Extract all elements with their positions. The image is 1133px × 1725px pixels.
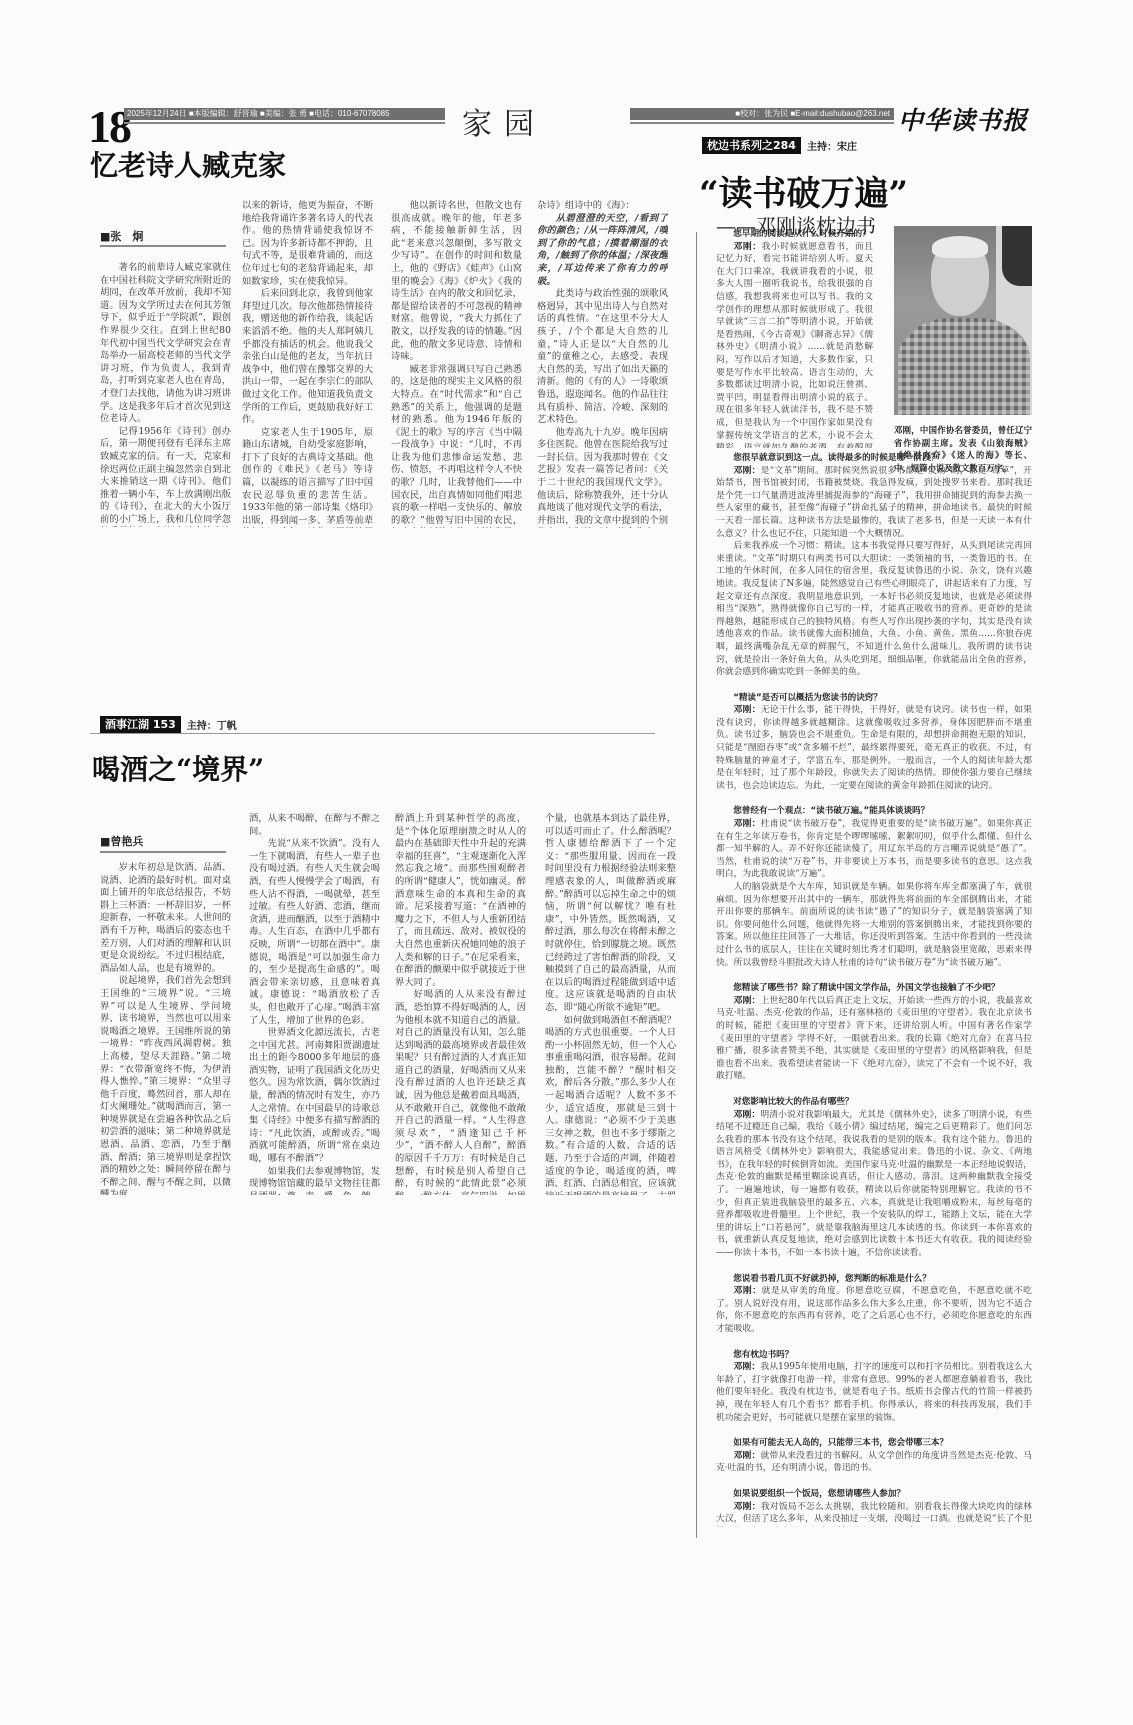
interview-answer: 邓刚：上世纪80年代以后真正走上文坛，开始读一些西方的小说，我最喜欢马克·吐温、… [716, 995, 1032, 1083]
interview-body: 您很早就意识到这一点。读得最多的时候是哪一阶段？ 邓刚：是“文革”期间。那时候突… [716, 452, 1032, 1527]
masthead-info-bar-right: ■校对：张为民 ■E-mail:dushubao@263.net [630, 108, 894, 120]
paragraph: 如何做到喝酒但不醉酒呢？喝酒的方式也很重要。一个人日酌一小杯固然无妨，但一个人心… [545, 1015, 676, 1196]
poet-article-column-4: 杂诗》组诗中的《海》： 从碧澄澄的天空，/看到了你的颜色；/从一阵阵清风，/嗅到… [537, 200, 668, 528]
interview-answer: 邓刚：我对饭局不怎么太挑剔，我比较随和。别看我长得像大块吃肉的绿林大汉，但活了这… [716, 1501, 1032, 1527]
interview-answer: 后来我养成一个习惯：精读。这本书我觉得只要写得好，从头到尾读完再回来重读。“文革… [716, 540, 1032, 679]
paragraph: 著名的前辈诗人臧克家就住在中国社科院文学研究所附近的胡同，在改革开放前，我却不知… [100, 262, 231, 426]
paragraph: 克家老人生于1905年，原籍山东诸城，自幼受家庭影响，打下了良好的古典诗文基础。… [242, 427, 373, 528]
article-title-wine: 喝酒之“境界” [92, 748, 264, 788]
byline-rule [100, 851, 226, 853]
article-byline-wine: ■曾艳兵 [100, 833, 143, 849]
interview-question: 对您影响比较大的作品有哪些？ [716, 1096, 1032, 1109]
poet-article-column-2: 以来的新诗，他更为振奋，不断地给我背诵许多著名诗人的代表作。他的热情背诵使我惊讶… [242, 200, 373, 528]
paragraph: 先说“从来不饮酒”。没有人一生下就喝酒，有些人一辈子也没有喝过酒。有些人天生就会… [249, 838, 380, 1027]
paragraph: 世界酒文化源远流长，古老之中国尤甚。河南舞阳贾湖遗址出土的距今8000多年地层的… [249, 1027, 380, 1166]
paragraph: 醉酒上升到某种哲学的高度，是“个体化原理崩溃之时从人的最内在基础即天性中升起的充… [395, 813, 526, 989]
poem-quote: 从碧澄澄的天空，/看到了你的颜色；/从一阵阵清风，/嗅到了你的气息；/摸着潮湿的… [537, 213, 668, 289]
interview-question: 如果有可能去无人岛的，只能带三本书，您会带哪三本？ [716, 1437, 1032, 1450]
author-photo [894, 226, 1032, 415]
paragraph: 如果我们去参观博物馆，发现博物馆馆藏的最早文物往往都是酒器：尊、壶、爵、角、觥、… [249, 1166, 380, 1195]
paragraph: 说起境界，我们首先会想到王国维的“三境界”说。“三境界”可以是人生境界、学问境界… [100, 975, 231, 1195]
column-divider [696, 232, 697, 1538]
paragraph: 此类诗与政治性强的颂歌风格迥异，其中见出诗人与自然对话的真性情。“在这里不分大人… [537, 288, 668, 427]
interview-question: 您早期的阅读是从什么时候开始的？ [716, 228, 873, 241]
wine-article-column-2: 酒，从来不喝醉，在醉与不醉之间。 先说“从来不饮酒”。没有人一生下就喝酒，有些人… [249, 813, 380, 1195]
interview-question: 您曾经有一个观点：“读书破万遍。”能具体谈谈吗？ [716, 805, 1032, 818]
column-host: 主持：宋庄 [807, 138, 857, 153]
interview-question: 您有枕边书吗？ [716, 1349, 1032, 1362]
paragraph: 杂诗》组诗中的《海》： [537, 200, 668, 213]
section-title: 家园 [462, 99, 546, 143]
interview-question: “精读”是否可以概括为您读书的诀窍？ [716, 692, 1032, 705]
interview-answer: 邓刚：无论干什么事，能干得快，干得好，就是有诀窍。读书也一样，如果没有诀窍，你读… [716, 704, 1032, 792]
interview-intro-column: 您早期的阅读是从什么时候开始的？ 邓刚：我小时候就愿意看书，而且记忆力好，看完书… [716, 228, 873, 448]
wine-article-column-3: 醉酒上升到某种哲学的高度，是“个体化原理崩溃之时从人的最内在基础即天性中升起的充… [395, 813, 526, 1195]
column-tag-label: 酒事江湖 153 [100, 716, 181, 733]
newspaper-page: 18 2025年12月24日 ■本版编辑：舒晋瑜 ■美编：张 勇 ■电话：010… [0, 0, 1133, 1725]
paragraph: 岁末年初总是饮酒、品酒、说酒、论酒的最好时机。面对桌面上铺开的年底总结报告，不妨… [100, 862, 231, 975]
masthead-rule-right [630, 122, 894, 124]
paragraph: 以来的新诗，他更为振奋，不断地给我背诵许多著名诗人的代表作。他的热情背诵使我惊讶… [242, 200, 373, 288]
article-byline-poet: ■张 炯 [100, 228, 143, 244]
interview-answer: 人的脑袋就是个大车库，知识就是车辆。如果你将车库全都塞满了车，就很麻烦。因为你想… [716, 881, 1032, 969]
article-title-interview: “读书破万遍” [699, 166, 908, 215]
section-divider [90, 733, 655, 734]
paragraph: 酒，从来不喝醉，在醉与不醉之间。 [249, 813, 380, 838]
paragraph: 他以新诗名世，但散文也有很高成就。晚年的他，年老多病，不能接触新鲜生活，因此“老… [391, 200, 522, 364]
interview-question: 您精读了哪些书？除了精读中国文学作品，外国文学也接触了不少吧？ [716, 982, 1032, 995]
article-title-poet: 忆老诗人臧克家 [90, 144, 286, 184]
paragraph: 个量，也就基本到达了最佳界，可以适可而止了。什么醉酒呢？哲人康德给醉酒下了一个定… [545, 813, 676, 1015]
interview-answer: 邓刚：杜甫说“读书破万卷”，我觉得更重要的是“读书破万遍”。如果你真正在有生之年… [716, 818, 1032, 881]
column-tag-pillow-books: 枕边书系列之284 主持：宋庄 [702, 137, 857, 154]
interview-answer: 邓刚：是“文革”期间。那时候突然说很多书都是“反动”的，都是“毒草”，开始禁书，… [716, 465, 1032, 541]
interview-question: 您说看书看几页不好就扔掉，您判断的标准是什么？ [716, 1273, 1032, 1286]
newspaper-brand-logo: 中华读书报 [898, 101, 1028, 137]
wine-article-column-4: 个量，也就基本到达了最佳界，可以适可而止了。什么醉酒呢？哲人康德给醉酒下了一个定… [545, 813, 676, 1195]
paragraph: 臧老非常强调只写自己熟悉的，这是他的现实主义风格的很大特点。在“时代需求”和“自… [391, 364, 522, 528]
paragraph: 记得1956年《诗刊》创办后，第一期便刊登有毛泽东主席致臧克家的信。有一天，克家… [100, 426, 231, 527]
poet-article-column-3: 他以新诗名世，但散文也有很高成就。晚年的他，年老多病，不能接触新鲜生活，因此“老… [391, 200, 522, 528]
poet-article-column-1: 著名的前辈诗人臧克家就住在中国社科院文学研究所附近的胡同，在改革开放前，我却不知… [100, 262, 231, 527]
interview-question: 如果说要组织一个饭局，您想请哪些人参加？ [716, 1488, 1032, 1501]
paragraph: 好喝酒的人从来没有醉过酒，恐怕算不得好喝酒的人，因为他根本就不知道自己的酒量。对… [395, 989, 526, 1195]
column-tag-label: 枕边书系列之284 [702, 137, 801, 154]
interview-answer: 邓刚：就带从来没看过的书解闷。从文学创作的角度讲当然是杰克·伦敦、马克·吐温的书… [716, 1450, 1032, 1475]
interview-answer: 邓刚：我从1995年使用电脑，打字的速度可以和打字员相比。别看我这么大年龄了，打… [716, 1361, 1032, 1424]
byline-rule [100, 245, 226, 247]
interview-question: 您很早就意识到这一点。读得最多的时候是哪一阶段？ [716, 452, 1032, 465]
masthead-info-bar-left: 2025年12月24日 ■本版编辑：舒晋瑜 ■美编：张 勇 ■电话：010-67… [124, 108, 445, 120]
masthead-rule-left [124, 122, 445, 124]
interview-answer: 邓刚：明清小说对我影响最大，尤其是《儒林外史》，读多了明清小说，有些结尾不过瘾还… [716, 1109, 1032, 1260]
speaker-label: 邓刚： [734, 242, 762, 252]
column-host: 主持：丁帆 [187, 717, 237, 732]
interview-answer: 邓刚：我小时候就愿意看书，而且记忆力好，看完书能讲给别人听。夏天在大门口乘凉，我… [716, 241, 873, 448]
column-tag-wine: 酒事江湖 153 主持：丁帆 [100, 716, 237, 733]
wine-article-column-1: 岁末年初总是饮酒、品酒、说酒、论酒的最好时机。面对桌面上铺开的年底总结报告，不妨… [100, 862, 231, 1195]
interview-answer: 邓刚：就是从审美的角度。你愿意吃豆腐，不愿意吃鱼，不愿意吃就不吃了。别人说好没有… [716, 1285, 1032, 1335]
paragraph: 他寿高九十九岁。晚年因病多住医院。他曾在医院给我写过一封长信。因为我那时曾在《文… [537, 427, 668, 528]
paragraph: 后来回到北京，我曾到他家拜望过几次。每次他都热情接待我，赠送他的新作给我，谈起话… [242, 288, 373, 427]
